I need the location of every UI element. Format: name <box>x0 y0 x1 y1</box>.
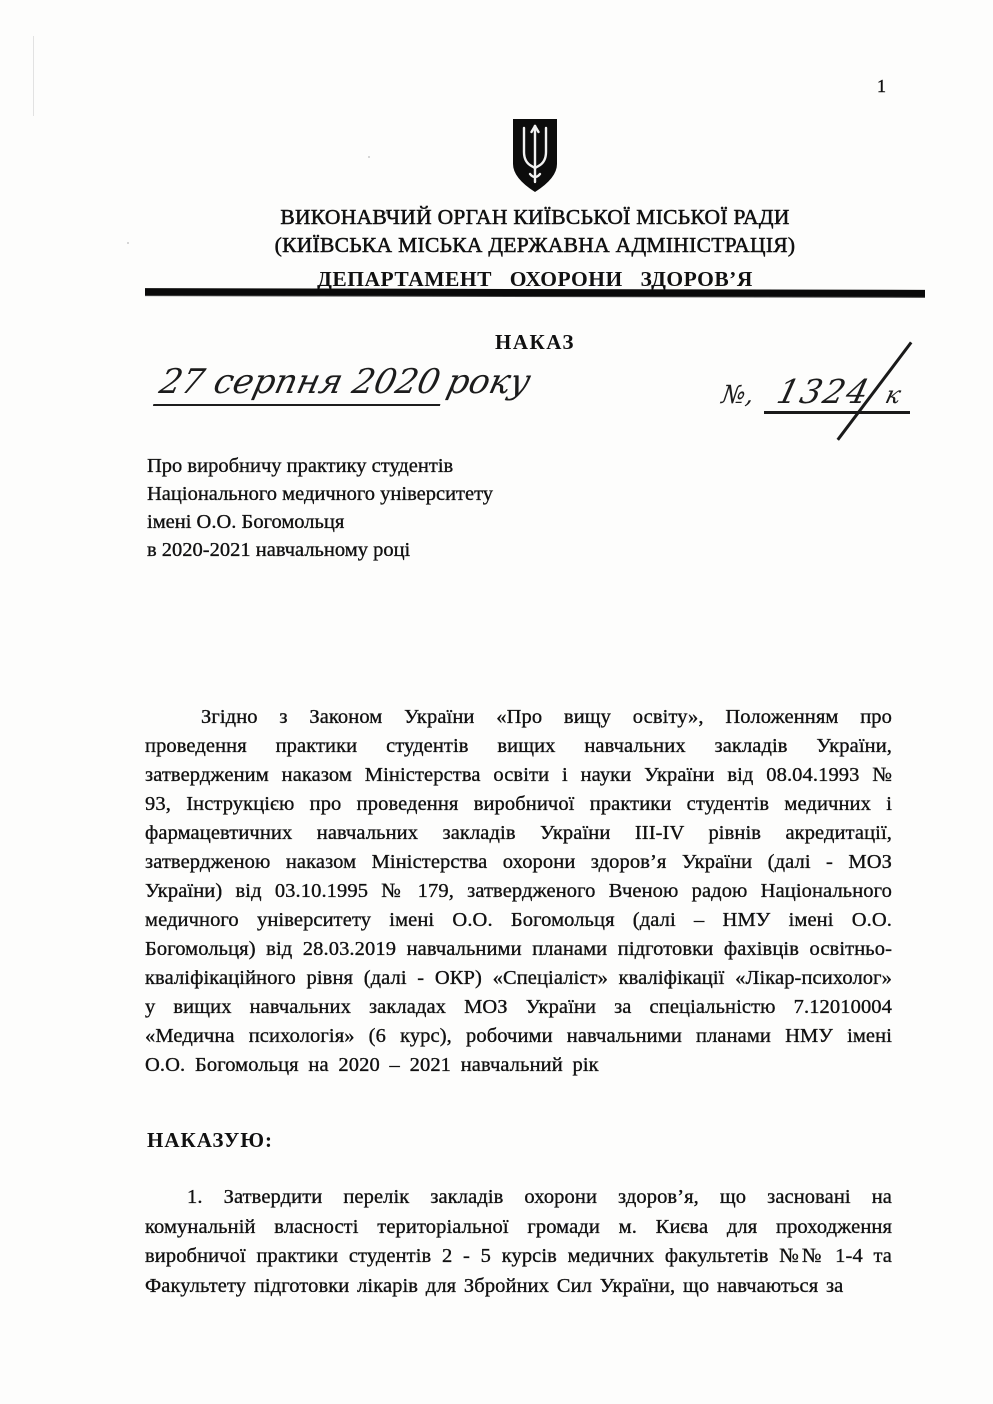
order-number-main: 1324 <box>773 372 875 411</box>
subject-line: Про виробничу практику студентів <box>147 452 493 480</box>
order-number-value: 1324к <box>764 372 910 414</box>
resolution-heading: НАКАЗУЮ: <box>147 1128 273 1153</box>
scanned-order-document-page: 1 ВИКОНАВЧИЙ ОРГАН КИЇВСЬКОЇ МІСЬКОЇ РАД… <box>0 0 993 1404</box>
order-title: НАКАЗ <box>145 330 925 355</box>
handwritten-date: 27 серпня 2020року <box>153 362 535 406</box>
org-name-line-2: (КИЇВСЬКА МІСЬКА ДЕРЖАВНА АДМІНІСТРАЦІЯ) <box>145 231 925 259</box>
org-name-line-1: ВИКОНАВЧИЙ ОРГАН КИЇВСЬКОЇ МІСЬКОЇ РАДИ <box>145 203 925 231</box>
header-separator-rule <box>145 288 925 297</box>
page-number: 1 <box>877 76 886 97</box>
order-number: №,1324к <box>722 372 910 414</box>
order-subject: Про виробничу практику студентів Націона… <box>147 452 493 564</box>
scan-artifact <box>33 36 34 116</box>
order-preamble-paragraph: Згідно з Законом України «Про вищу освіт… <box>145 703 892 1080</box>
scan-artifact <box>127 242 129 244</box>
subject-line: Національного медичного університету <box>147 480 493 508</box>
subject-line: в 2020-2021 навчальному році <box>147 536 493 564</box>
subject-line: імені О.О. Богомольця <box>147 508 493 536</box>
order-item-1: 1. Затвердити перелік закладів охорони з… <box>145 1183 892 1301</box>
order-number-label: №, <box>720 380 756 409</box>
trident-emblem-icon <box>510 118 560 199</box>
document-header: ВИКОНАВЧИЙ ОРГАН КИЇВСЬКОЇ МІСЬКОЇ РАДИ … <box>145 118 925 292</box>
order-number-suffix: к <box>882 381 903 409</box>
handwritten-date-suffix: року <box>443 362 535 402</box>
handwritten-date-underlined: 27 серпня 2020 <box>153 362 450 406</box>
